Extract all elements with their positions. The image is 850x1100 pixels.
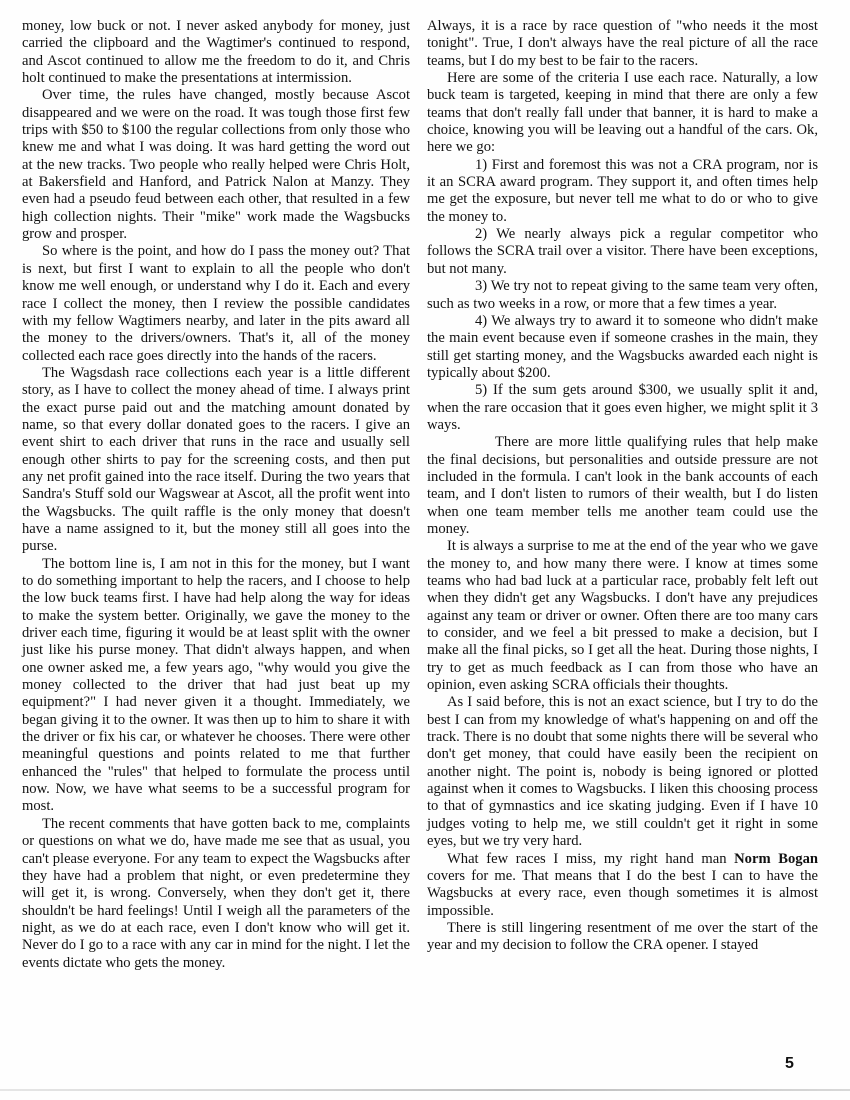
text-run: What few races I miss, my right hand man bbox=[447, 851, 734, 867]
criteria-item-4: 4) We always try to award it to someone … bbox=[427, 313, 818, 382]
paragraph: What few races I miss, my right hand man… bbox=[427, 851, 818, 920]
criteria-item-1: 1) First and foremost this was not a CRA… bbox=[427, 157, 818, 226]
document-page: money, low buck or not. I never asked an… bbox=[0, 0, 850, 1100]
paragraph: money, low buck or not. I never asked an… bbox=[22, 18, 410, 87]
bottom-scan-edge bbox=[0, 1089, 850, 1091]
text-run: covers for me. That means that I do the … bbox=[427, 868, 818, 919]
page-number: 5 bbox=[785, 1055, 794, 1073]
paragraph: Here are some of the criteria I use each… bbox=[427, 70, 818, 157]
paragraph: The recent comments that have gotten bac… bbox=[22, 816, 410, 972]
left-column: money, low buck or not. I never asked an… bbox=[22, 18, 410, 972]
paragraph: As I said before, this is not an exact s… bbox=[427, 694, 818, 850]
paragraph: There is still lingering resentment of m… bbox=[427, 920, 818, 955]
paragraph: Always, it is a race by race question of… bbox=[427, 18, 818, 70]
criteria-item-3: 3) We try not to repeat giving to the sa… bbox=[427, 278, 818, 313]
paragraph: The Wagsdash race collections each year … bbox=[22, 365, 410, 556]
paragraph: Over time, the rules have changed, mostl… bbox=[22, 87, 410, 243]
paragraph: So where is the point, and how do I pass… bbox=[22, 243, 410, 364]
criteria-item-5: 5) If the sum gets around $300, we usual… bbox=[427, 382, 818, 434]
right-column: Always, it is a race by race question of… bbox=[427, 18, 818, 955]
paragraph: There are more little qualifying rules t… bbox=[427, 434, 818, 538]
paragraph: The bottom line is, I am not in this for… bbox=[22, 556, 410, 816]
bold-name: Norm Bogan bbox=[734, 851, 818, 867]
paragraph: It is always a surprise to me at the end… bbox=[427, 538, 818, 694]
criteria-item-2: 2) We nearly always pick a regular compe… bbox=[427, 226, 818, 278]
